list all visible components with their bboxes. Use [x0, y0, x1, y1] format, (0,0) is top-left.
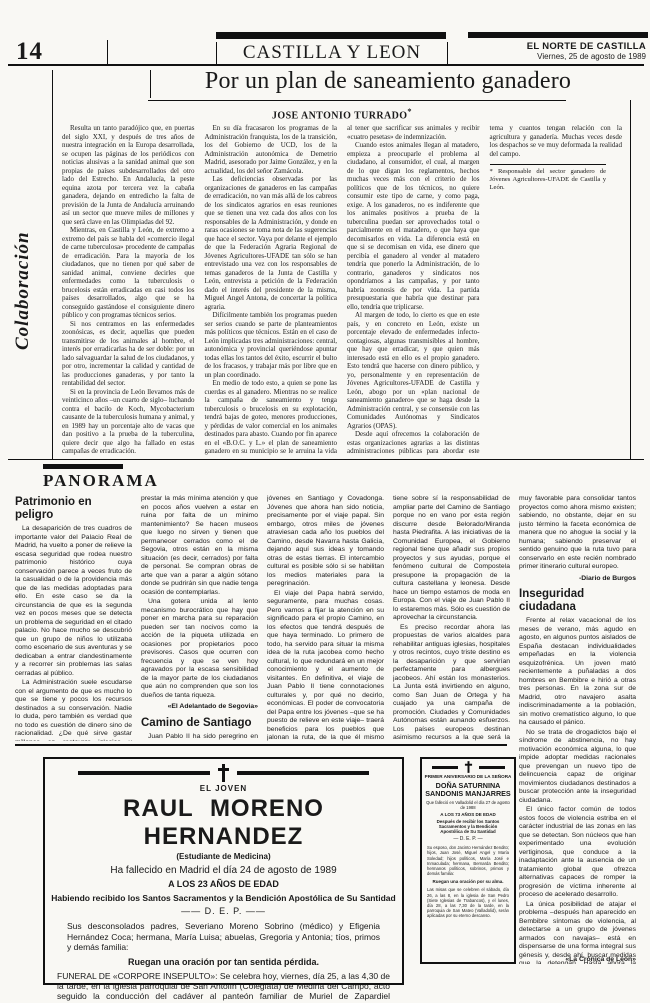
obituary-death-line: Que falleció en Valladolid el día 27 de … [422, 800, 514, 810]
latin-cross-icon [464, 761, 472, 773]
article-kicker: Colaboración [12, 95, 34, 350]
masthead: EL NORTE DE CASTILLA [448, 41, 646, 52]
article-right-rule [630, 100, 631, 460]
panorama-paragraph: No se trata de drogadictos bajo el síndr… [519, 729, 636, 806]
panorama-column-3: jóvenes en Santiago y Covadonga. Jóvenes… [267, 495, 384, 741]
headline-left-rule [150, 70, 151, 98]
obituary-subtitle: (Estudiante de Medicina) [45, 852, 402, 861]
headline-rule [148, 100, 566, 101]
obituary-age-line: A LOS 73 AÑOS DE EDAD [422, 812, 514, 817]
obituary-funeral: FUNERAL DE «CORPORE INSEPULTO»: Se celeb… [45, 971, 402, 1003]
dateline: Viernes, 25 de agosto de 1989 [448, 52, 646, 61]
header-bar-right [468, 32, 648, 38]
cross-bar-right [237, 771, 369, 775]
article-footnote: * Responsable del sector ganadero de Jóv… [490, 164, 607, 192]
byline-name: JOSE ANTONIO TURRADO [272, 110, 407, 121]
header-divider [107, 40, 108, 64]
panorama-paragraph: La desaparición de tres cuadros de impor… [15, 525, 132, 678]
article-paragraph: Difícilmente también los programas puede… [205, 311, 338, 379]
obituary-sacraments-line: Habiendo recibido los Santos Sacramentos… [45, 893, 402, 903]
obituary-box-side: PRIMER ANIVERSARIO DE LA SEÑORA DOÑA SAT… [420, 757, 516, 964]
cross-bar-right [479, 766, 505, 769]
obituary-family: Sus desconsolados padres, Severiano More… [45, 921, 402, 953]
article-paragraph: Si nos centramos en las enfermedades zoo… [62, 320, 195, 388]
byline-footnote-mark: * [407, 107, 412, 116]
cross-row [53, 764, 394, 782]
article-paragraph: Cuando estos animales llegan al matadero… [347, 141, 480, 311]
panorama-paragraph-cont: tiene sobre sí la responsabilidad de amp… [393, 495, 510, 623]
article-headline: Por un plan de saneamiento ganadero [158, 68, 618, 95]
panorama-column-5: muy favorable para consolidar tantos pro… [519, 495, 636, 964]
panorama-item-heading: Patrimonio en peligro [15, 496, 132, 521]
panorama-signature: «El Adelantado de Segovia» [141, 703, 258, 712]
panorama-paragraph: El único factor común de todos estos foc… [519, 806, 636, 900]
newspaper-page: 14 CASTILLA Y LEON EL NORTE DE CASTILLA … [0, 0, 650, 1003]
page-number: 14 [16, 38, 43, 66]
obituary-separator-rule [15, 744, 507, 746]
article-left-rule [52, 70, 53, 460]
header-bar-center [216, 32, 446, 39]
panorama-paragraph: Juan Pablo II ha sido peregrino en Compo… [141, 733, 258, 741]
article-byline: JOSE ANTONIO TURRADO* [62, 107, 622, 121]
latin-cross-icon [217, 764, 230, 782]
obituary-dep: —— D. E. P. —— [45, 906, 402, 916]
obituary-name: RAUL MORENO HERNANDEZ [45, 795, 402, 851]
panorama-column-2: prestar la más mínima atención y que en … [141, 495, 258, 741]
panorama-paragraph: La Administración suele escudarse con el… [15, 679, 132, 741]
obituary-funeral: Las misas que se celebren el sábado, día… [422, 887, 514, 918]
panorama-paragraph: Es preciso recordar ahora las propuestas… [393, 624, 510, 742]
article-paragraph: Resulta un tanto paradójico que, en puer… [62, 124, 195, 226]
panorama-bar [43, 464, 123, 469]
article-paragraph: En su día fracasaron los programas de la… [205, 124, 338, 175]
section-separator-rule [8, 459, 644, 460]
obituary-name: DOÑA SATURNINA SANDONIS MANJARRES [423, 782, 513, 798]
panorama-paragraph-cont: prestar la más mínima atención y que en … [141, 495, 258, 597]
panorama-signature: -Diario de Burgos [519, 575, 636, 584]
panorama-paragraph-cont: jóvenes en Santiago y Covadonga. Jóvenes… [267, 495, 384, 589]
cross-row [426, 761, 510, 773]
obituary-dep: — D. E. P. — [422, 836, 514, 842]
obituary-plea: Ruegan una oración por su alma. [422, 879, 514, 884]
panorama-paragraph: Frente al relax vacacional de los meses … [519, 617, 636, 728]
panorama-paragraph: Una gotera unida al lento mecanismo buro… [141, 598, 258, 700]
cross-bar-left [432, 766, 458, 769]
obituary-death-line: Ha fallecido en Madrid el día 24 de agos… [45, 865, 402, 876]
obituary-plea: Ruegan una oración por tan sentida pérdi… [45, 957, 402, 967]
section-title: CASTILLA Y LEON [216, 42, 448, 64]
obituary-box-main: EL JOVEN RAUL MORENO HERNANDEZ (Estudian… [43, 757, 404, 985]
obituary-lead-in: PRIMER ANIVERSARIO DE LA SEÑORA [422, 774, 514, 780]
panorama-item-heading: Camino de Santiago [141, 717, 258, 730]
panorama-paragraph: El viaje del Papa habrá servido, seguram… [267, 590, 384, 742]
panorama-paragraph-cont: muy favorable para consolidar tantos pro… [519, 495, 636, 572]
article-paragraph: Mientras, en Castilla y León, de extremo… [62, 226, 195, 320]
article-paragraph: Si en la provincia de León llevamos más … [62, 388, 195, 456]
article-body: Resulta un tanto paradójico que, en puer… [62, 124, 622, 460]
obituary-sacraments-line: Después de recibir los Santos Sacramento… [422, 819, 514, 835]
panorama-column-1: Patrimonio en peligroLa desaparición de … [15, 495, 132, 741]
panorama-item-heading: Inseguridad ciudadana [519, 588, 636, 613]
panorama-title: PANORAMA [43, 471, 159, 491]
obituary-age-line: A LOS 23 AÑOS DE EDAD [45, 879, 402, 889]
header-rule [8, 64, 644, 66]
obituary-lead-in: EL JOVEN [45, 784, 402, 793]
panorama-paragraph: La única posibilidad de atajar el proble… [519, 901, 636, 965]
obituary-family: Su esposo, don Jacinto Hernández Bendito… [422, 845, 514, 876]
panorama-column-4: tiene sobre sí la responsabilidad de amp… [393, 495, 510, 741]
panorama-signature: «La Crónica de León» [565, 956, 636, 965]
cross-bar-left [78, 771, 210, 775]
article-paragraph: Al margen de todo, lo cierto es que en e… [347, 311, 480, 430]
article-paragraph: Las deficiencias observadas por las orga… [205, 175, 338, 311]
